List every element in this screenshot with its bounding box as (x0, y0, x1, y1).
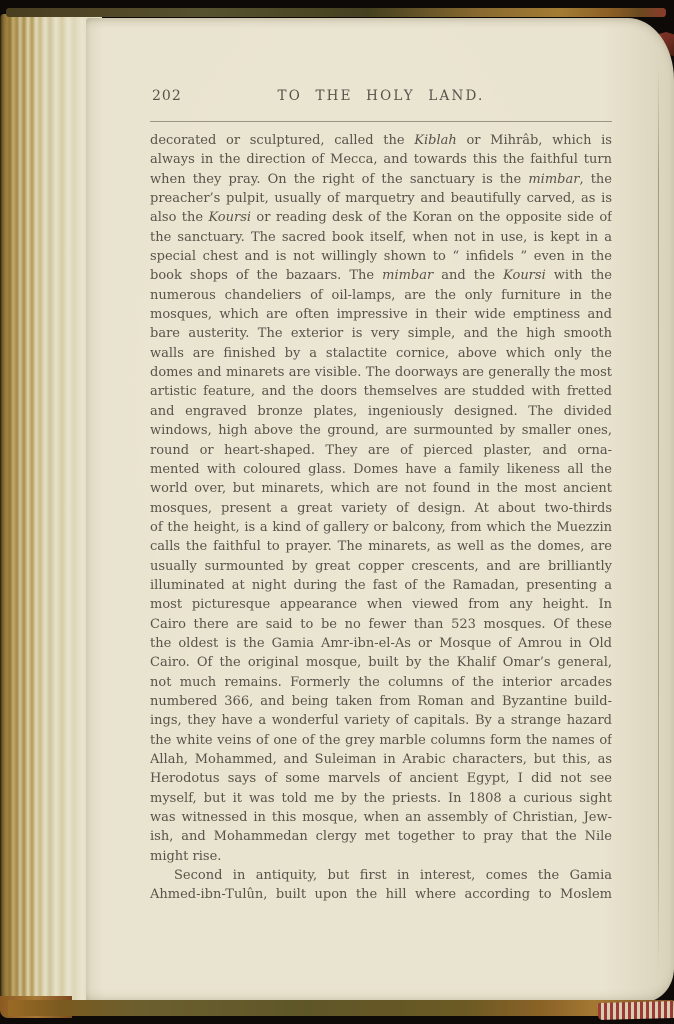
text-line: also the Koursi or reading desk of the K… (150, 208, 612, 227)
text-line: ish, and Mohammedan clergy met together … (150, 827, 612, 846)
text-line: myself, but it was told me by the priest… (150, 789, 612, 808)
text-line: usually surmounted by great copper cresc… (150, 557, 612, 576)
text-line: most picturesque appearance when viewed … (150, 595, 612, 614)
book-bottom-edge (8, 1000, 674, 1016)
text-line: the sanctuary. The sacred book itself, w… (150, 228, 612, 247)
text-line: walls are finished by a stalactite corni… (150, 344, 612, 363)
text-line: special chest and is not willingly shown… (150, 247, 612, 266)
print-area: 202 TO THE HOLY LAND. decorated or sculp… (150, 88, 612, 905)
body-text: decorated or sculptured, called the Kibl… (150, 131, 612, 905)
text-line: when they pray. On the right of the sanc… (150, 170, 612, 189)
page-header: 202 TO THE HOLY LAND. (150, 88, 612, 110)
text-line: domes and minarets are visible. The door… (150, 363, 612, 382)
text-line: Second in antiquity, but first in intere… (150, 866, 612, 885)
text-line: bare austerity. The exterior is very sim… (150, 324, 612, 343)
text-line: book shops of the bazaars. The mimbar an… (150, 266, 612, 285)
text-line: mosques, present a great variety of desi… (150, 499, 612, 518)
text-line: decorated or sculptured, called the Kibl… (150, 131, 612, 150)
book-photo: 202 TO THE HOLY LAND. decorated or sculp… (0, 0, 674, 1024)
text-line: always in the direction of Mecca, and to… (150, 150, 612, 169)
text-line: windows, high above the ground, are surm… (150, 421, 612, 440)
text-line: might rise. (150, 847, 612, 866)
text-line: not much remains. Formerly the columns o… (150, 673, 612, 692)
text-line: of the height, is a kind of gallery or b… (150, 518, 612, 537)
text-line: Ahmed-ibn-Tulûn, built upon the hill whe… (150, 885, 612, 904)
text-line: ings, they have a wonderful variety of c… (150, 711, 612, 730)
text-line: Cairo there are said to be no fewer than… (150, 615, 612, 634)
text-line: world over, but minarets, which are not … (150, 479, 612, 498)
text-line: illuminated at night during the fast of … (150, 576, 612, 595)
text-line: the oldest is the Gamia Amr-ibn-el-As or… (150, 634, 612, 653)
text-line: round or heart-shaped. They are of pierc… (150, 441, 612, 460)
gutter-crease (658, 64, 659, 972)
text-line: calls the faithful to prayer. The minare… (150, 537, 612, 556)
text-line: numerous chandeliers of oil-lamps, are t… (150, 286, 612, 305)
text-line: the white veins of one of the grey marbl… (150, 731, 612, 750)
text-line: Allah, Mohammed, and Suleiman in Arabic … (150, 750, 612, 769)
text-line: Cairo. Of the original mosque, built by … (150, 653, 612, 672)
paragraph: decorated or sculptured, called the Kibl… (150, 131, 612, 866)
text-line: and engraved bronze plates, ingeniously … (150, 402, 612, 421)
text-line: mosques, which are often impressive in t… (150, 305, 612, 324)
text-line: was witnessed in this mosque, when an as… (150, 808, 612, 827)
text-line: mented with coloured glass. Domes have a… (150, 460, 612, 479)
tailband (598, 1001, 674, 1020)
text-line: preacher’s pulpit, usually of marquetry … (150, 189, 612, 208)
text-line: artistic feature, and the doors themselv… (150, 382, 612, 401)
book-page: 202 TO THE HOLY LAND. decorated or sculp… (86, 18, 674, 1002)
paragraph: Second in antiquity, but first in intere… (150, 866, 612, 905)
book-top-edge (6, 8, 666, 17)
header-rule (150, 121, 612, 122)
text-line: numbered 366, and being taken from Roman… (150, 692, 612, 711)
running-title: TO THE HOLY LAND. (150, 88, 612, 104)
text-line: Herodotus says of some marvels of ancien… (150, 769, 612, 788)
